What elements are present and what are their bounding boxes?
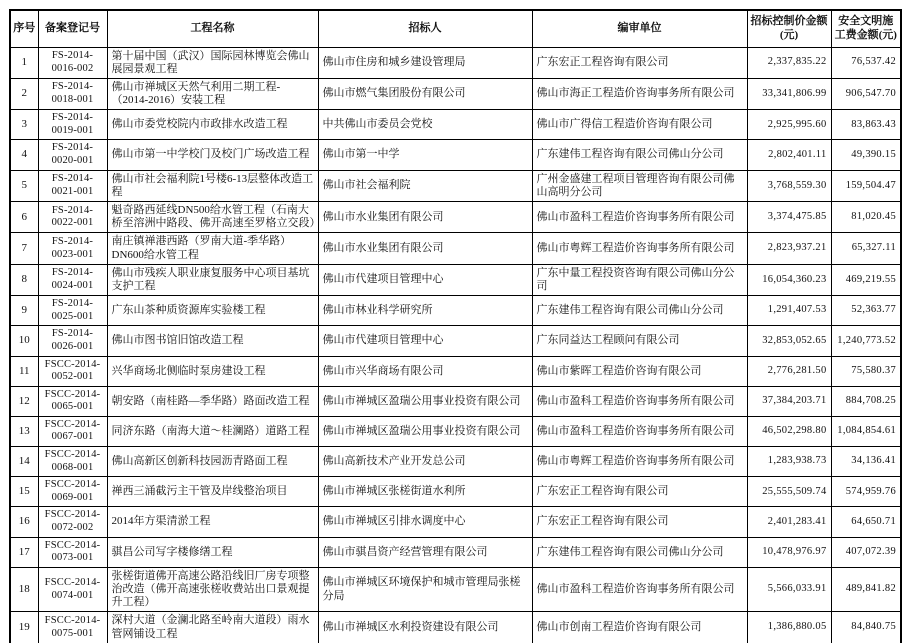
cell-tenderer: 佛山市禅城区水利投资建设有限公司 (318, 612, 532, 643)
cell-index: 18 (10, 567, 38, 612)
cell-control-price: 37,384,203.71 (747, 386, 831, 416)
cell-review-unit: 佛山市广得信工程造价咨询有限公司 (532, 110, 747, 140)
cell-registration-no: FSCC-2014-0065-001 (38, 386, 107, 416)
cell-control-price: 46,502,298.80 (747, 416, 831, 446)
cell-review-unit: 广东建伟工程咨询有限公司佛山分公司 (532, 140, 747, 170)
cell-index: 4 (10, 140, 38, 170)
cell-safety-fee: 76,537.42 (831, 47, 901, 78)
cell-tenderer: 佛山市禅城区盈瑞公用事业投资有限公司 (318, 416, 532, 446)
cell-tenderer: 佛山市水业集团有限公司 (318, 202, 532, 233)
table-row: 19 FSCC-2014-0075-001 深村大道（金澜北路至岭南大道段）雨水… (10, 612, 901, 643)
cell-control-price: 3,768,559.30 (747, 170, 831, 201)
cell-tenderer: 佛山市禅城区环境保护和城市管理局张槎分局 (318, 567, 532, 612)
cell-registration-no: FS-2014-0026-001 (38, 326, 107, 356)
cell-project-name: 2014年方渠清淤工程 (107, 507, 318, 537)
cell-project-name: 佛山市残疾人职业康复服务中心项目基坑支护工程 (107, 264, 318, 295)
cell-registration-no: FSCC-2014-0073-001 (38, 537, 107, 567)
cell-project-name: 深村大道（金澜北路至岭南大道段）雨水管网铺设工程 (107, 612, 318, 643)
cell-index: 9 (10, 296, 38, 326)
cell-tenderer: 佛山市禅城区盈瑞公用事业投资有限公司 (318, 386, 532, 416)
cell-registration-no: FSCC-2014-0069-001 (38, 477, 107, 507)
cell-registration-no: FS-2014-0021-001 (38, 170, 107, 201)
cell-registration-no: FSCC-2014-0074-001 (38, 567, 107, 612)
document-sheet: 序号 备案登记号 工程名称 招标人 编审单位 招标控制价金额(元) 安全文明施工… (0, 0, 910, 643)
cell-registration-no: FS-2014-0023-001 (38, 233, 107, 264)
cell-tenderer: 佛山市水业集团有限公司 (318, 233, 532, 264)
cell-safety-fee: 81,020.45 (831, 202, 901, 233)
table-row: 13 FSCC-2014-0067-001 同济东路（南海大道～桂澜路）道路工程… (10, 416, 901, 446)
cell-registration-no: FSCC-2014-0067-001 (38, 416, 107, 446)
cell-registration-no: FS-2014-0022-001 (38, 202, 107, 233)
col-header-safety-fee: 安全文明施工费金额(元) (831, 10, 901, 47)
cell-review-unit: 广东建伟工程咨询有限公司佛山分公司 (532, 296, 747, 326)
cell-tenderer: 佛山市第一中学 (318, 140, 532, 170)
cell-review-unit: 佛山市盈科工程造价咨询事务所有限公司 (532, 416, 747, 446)
table-row: 2 FS-2014-0018-001 佛山市禅城区天然气利用二期工程-（2014… (10, 78, 901, 109)
table-row: 9 FS-2014-0025-001 广东山茶种质资源库实验楼工程 佛山市林业科… (10, 296, 901, 326)
cell-project-name: 佛山市图书馆旧馆改造工程 (107, 326, 318, 356)
cell-registration-no: FS-2014-0019-001 (38, 110, 107, 140)
cell-registration-no: FSCC-2014-0072-002 (38, 507, 107, 537)
cell-safety-fee: 52,363.77 (831, 296, 901, 326)
table-row: 8 FS-2014-0024-001 佛山市残疾人职业康复服务中心项目基坑支护工… (10, 264, 901, 295)
cell-index: 7 (10, 233, 38, 264)
cell-control-price: 1,283,938.73 (747, 447, 831, 477)
cell-index: 12 (10, 386, 38, 416)
cell-tenderer: 佛山高新技术产业开发总公司 (318, 447, 532, 477)
cell-index: 3 (10, 110, 38, 140)
cell-index: 13 (10, 416, 38, 446)
cell-safety-fee: 64,650.71 (831, 507, 901, 537)
cell-control-price: 10,478,976.97 (747, 537, 831, 567)
cell-index: 19 (10, 612, 38, 643)
cell-project-name: 第十届中国（武汉）国际园林博览会佛山展园景观工程 (107, 47, 318, 78)
cell-project-name: 佛山市第一中学校门及校门广场改造工程 (107, 140, 318, 170)
cell-review-unit: 佛山市盈科工程造价咨询事务所有限公司 (532, 386, 747, 416)
table-row: 18 FSCC-2014-0074-001 张槎街道佛开高速公路沿线旧厂房专项整… (10, 567, 901, 612)
cell-registration-no: FS-2014-0025-001 (38, 296, 107, 326)
cell-review-unit: 佛山市粤辉工程造价咨询事务所有限公司 (532, 447, 747, 477)
cell-index: 8 (10, 264, 38, 295)
cell-tenderer: 中共佛山市委员会党校 (318, 110, 532, 140)
cell-review-unit: 广州金盛建工程项目管理咨询有限公司佛山高明分公司 (532, 170, 747, 201)
cell-project-name: 骐昌公司写字楼修缮工程 (107, 537, 318, 567)
table-body: 1 FS-2014-0016-002 第十届中国（武汉）国际园林博览会佛山展园景… (10, 47, 901, 643)
table-row: 12 FSCC-2014-0065-001 朝安路（南桂路—季华路）路面改造工程… (10, 386, 901, 416)
table-row: 16 FSCC-2014-0072-002 2014年方渠清淤工程 佛山市禅城区… (10, 507, 901, 537)
cell-control-price: 2,337,835.22 (747, 47, 831, 78)
cell-index: 17 (10, 537, 38, 567)
cell-index: 5 (10, 170, 38, 201)
cell-safety-fee: 34,136.41 (831, 447, 901, 477)
cell-review-unit: 佛山市粤辉工程造价咨询事务所有限公司 (532, 233, 747, 264)
table-row: 11 FSCC-2014-0052-001 兴华商场北侧临时泵房建设工程 佛山市… (10, 356, 901, 386)
cell-project-name: 佛山高新区创新科技园沥青路面工程 (107, 447, 318, 477)
table-row: 15 FSCC-2014-0069-001 禅西三涌截污主干管及岸线整治项目 佛… (10, 477, 901, 507)
project-review-table: 序号 备案登记号 工程名称 招标人 编审单位 招标控制价金额(元) 安全文明施工… (9, 9, 902, 643)
col-header-project-name: 工程名称 (107, 10, 318, 47)
cell-project-name: 朝安路（南桂路—季华路）路面改造工程 (107, 386, 318, 416)
cell-safety-fee: 574,959.76 (831, 477, 901, 507)
cell-project-name: 禅西三涌截污主干管及岸线整治项目 (107, 477, 318, 507)
cell-control-price: 32,853,052.65 (747, 326, 831, 356)
cell-index: 1 (10, 47, 38, 78)
cell-safety-fee: 1,084,854.61 (831, 416, 901, 446)
cell-registration-no: FSCC-2014-0052-001 (38, 356, 107, 386)
table-row: 5 FS-2014-0021-001 佛山市社会福利院1号楼6-13层整体改造工… (10, 170, 901, 201)
cell-safety-fee: 906,547.70 (831, 78, 901, 109)
table-row: 1 FS-2014-0016-002 第十届中国（武汉）国际园林博览会佛山展园景… (10, 47, 901, 78)
cell-review-unit: 佛山市紫晖工程造价咨询有限公司 (532, 356, 747, 386)
table-row: 4 FS-2014-0020-001 佛山市第一中学校门及校门广场改造工程 佛山… (10, 140, 901, 170)
cell-tenderer: 佛山市林业科学研究所 (318, 296, 532, 326)
cell-index: 2 (10, 78, 38, 109)
cell-registration-no: FS-2014-0018-001 (38, 78, 107, 109)
cell-safety-fee: 75,580.37 (831, 356, 901, 386)
cell-tenderer: 佛山市禅城区引排水调度中心 (318, 507, 532, 537)
cell-review-unit: 广东宏正工程咨询有限公司 (532, 477, 747, 507)
cell-review-unit: 广东宏正工程咨询有限公司 (532, 507, 747, 537)
table-row: 14 FSCC-2014-0068-001 佛山高新区创新科技园沥青路面工程 佛… (10, 447, 901, 477)
cell-safety-fee: 84,840.75 (831, 612, 901, 643)
table-row: 6 FS-2014-0022-001 魁奇路西延线DN500给水管工程（石南大桥… (10, 202, 901, 233)
cell-control-price: 33,341,806.99 (747, 78, 831, 109)
cell-project-name: 广东山茶种质资源库实验楼工程 (107, 296, 318, 326)
cell-registration-no: FS-2014-0016-002 (38, 47, 107, 78)
table-row: 10 FS-2014-0026-001 佛山市图书馆旧馆改造工程 佛山市代建项目… (10, 326, 901, 356)
cell-project-name: 张槎街道佛开高速公路沿线旧厂房专项整治改造（佛开高速张槎收费站出口景观提升工程） (107, 567, 318, 612)
col-header-tenderer: 招标人 (318, 10, 532, 47)
cell-review-unit: 广东同益达工程顾问有限公司 (532, 326, 747, 356)
cell-control-price: 1,291,407.53 (747, 296, 831, 326)
cell-safety-fee: 83,863.43 (831, 110, 901, 140)
cell-review-unit: 佛山市海正工程造价咨询事务所有限公司 (532, 78, 747, 109)
cell-safety-fee: 65,327.11 (831, 233, 901, 264)
cell-project-name: 佛山市社会福利院1号楼6-13层整体改造工程 (107, 170, 318, 201)
cell-registration-no: FS-2014-0024-001 (38, 264, 107, 295)
cell-tenderer: 佛山市社会福利院 (318, 170, 532, 201)
cell-review-unit: 广东中量工程投资咨询有限公司佛山分公司 (532, 264, 747, 295)
cell-control-price: 2,823,937.21 (747, 233, 831, 264)
cell-control-price: 2,401,283.41 (747, 507, 831, 537)
header-row: 序号 备案登记号 工程名称 招标人 编审单位 招标控制价金额(元) 安全文明施工… (10, 10, 901, 47)
cell-tenderer: 佛山市代建项目管理中心 (318, 264, 532, 295)
cell-registration-no: FSCC-2014-0075-001 (38, 612, 107, 643)
cell-tenderer: 佛山市兴华商场有限公司 (318, 356, 532, 386)
cell-index: 15 (10, 477, 38, 507)
col-header-review-unit: 编审单位 (532, 10, 747, 47)
cell-project-name: 南庄镇禅港西路（罗南大道-季华路）DN600给水管工程 (107, 233, 318, 264)
cell-registration-no: FS-2014-0020-001 (38, 140, 107, 170)
table-row: 3 FS-2014-0019-001 佛山市委党校院内市政排水改造工程 中共佛山… (10, 110, 901, 140)
cell-control-price: 2,776,281.50 (747, 356, 831, 386)
cell-tenderer: 佛山市骐昌资产经营管理有限公司 (318, 537, 532, 567)
cell-tenderer: 佛山市燃气集团股份有限公司 (318, 78, 532, 109)
cell-safety-fee: 49,390.15 (831, 140, 901, 170)
cell-index: 16 (10, 507, 38, 537)
cell-index: 14 (10, 447, 38, 477)
col-header-registration-no: 备案登记号 (38, 10, 107, 47)
cell-project-name: 同济东路（南海大道～桂澜路）道路工程 (107, 416, 318, 446)
cell-safety-fee: 489,841.82 (831, 567, 901, 612)
cell-control-price: 1,386,880.05 (747, 612, 831, 643)
cell-review-unit: 佛山市盈科工程造价咨询事务所有限公司 (532, 567, 747, 612)
cell-project-name: 兴华商场北侧临时泵房建设工程 (107, 356, 318, 386)
cell-control-price: 5,566,033.91 (747, 567, 831, 612)
cell-control-price: 25,555,509.74 (747, 477, 831, 507)
cell-control-price: 3,374,475.85 (747, 202, 831, 233)
cell-tenderer: 佛山市代建项目管理中心 (318, 326, 532, 356)
cell-project-name: 魁奇路西延线DN500给水管工程（石南大桥至溶洲中路段、佛开高速至罗格立交段） (107, 202, 318, 233)
cell-safety-fee: 159,504.47 (831, 170, 901, 201)
cell-review-unit: 佛山市盈科工程造价咨询事务所有限公司 (532, 202, 747, 233)
cell-index: 11 (10, 356, 38, 386)
cell-project-name: 佛山市禅城区天然气利用二期工程-（2014-2016）安装工程 (107, 78, 318, 109)
cell-safety-fee: 1,240,773.52 (831, 326, 901, 356)
cell-registration-no: FSCC-2014-0068-001 (38, 447, 107, 477)
cell-index: 10 (10, 326, 38, 356)
cell-tenderer: 佛山市禅城区张槎街道水利所 (318, 477, 532, 507)
cell-review-unit: 广东宏正工程咨询有限公司 (532, 47, 747, 78)
table-row: 7 FS-2014-0023-001 南庄镇禅港西路（罗南大道-季华路）DN60… (10, 233, 901, 264)
cell-safety-fee: 884,708.25 (831, 386, 901, 416)
cell-control-price: 2,925,995.60 (747, 110, 831, 140)
cell-control-price: 2,802,401.11 (747, 140, 831, 170)
cell-project-name: 佛山市委党校院内市政排水改造工程 (107, 110, 318, 140)
cell-tenderer: 佛山市住房和城乡建设管理局 (318, 47, 532, 78)
cell-safety-fee: 407,072.39 (831, 537, 901, 567)
cell-control-price: 16,054,360.23 (747, 264, 831, 295)
col-header-control-price: 招标控制价金额(元) (747, 10, 831, 47)
cell-safety-fee: 469,219.55 (831, 264, 901, 295)
cell-review-unit: 广东建伟工程咨询有限公司佛山分公司 (532, 537, 747, 567)
cell-review-unit: 佛山市创南工程造价咨询有限公司 (532, 612, 747, 643)
col-header-index: 序号 (10, 10, 38, 47)
table-row: 17 FSCC-2014-0073-001 骐昌公司写字楼修缮工程 佛山市骐昌资… (10, 537, 901, 567)
table-header: 序号 备案登记号 工程名称 招标人 编审单位 招标控制价金额(元) 安全文明施工… (10, 10, 901, 47)
cell-index: 6 (10, 202, 38, 233)
